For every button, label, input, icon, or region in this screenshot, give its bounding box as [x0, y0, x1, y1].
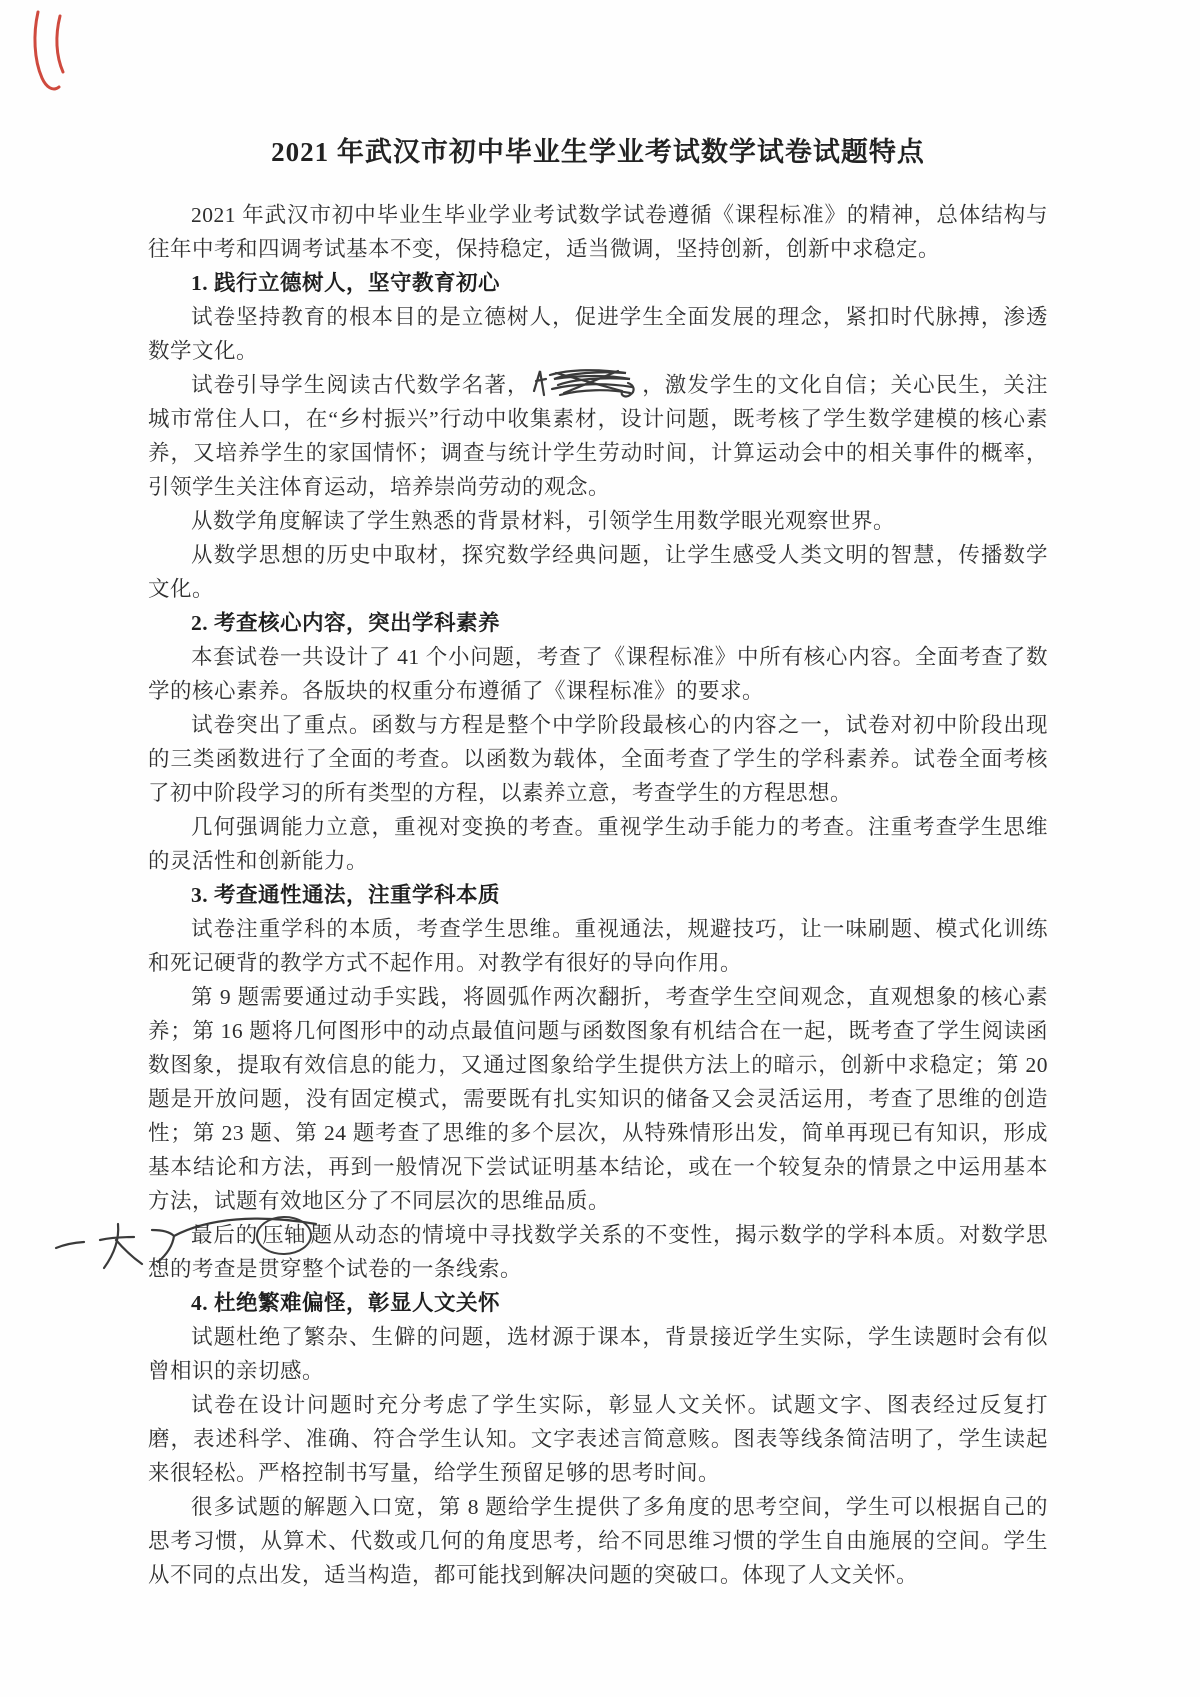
- document-body: 2021 年武汉市初中毕业生学业考试数学试卷试题特点 2021 年武汉市初中毕业…: [148, 132, 1048, 1592]
- section1-paragraph-2-before: 试卷引导学生阅读古代数学名著，: [191, 373, 530, 397]
- section3-paragraph-2: 第 9 题需要通过动手实践，将圆弧作两次翻折，考查学生空间观念，直观想象的核心素…: [148, 980, 1048, 1218]
- section2-paragraph-3: 几何强调能力立意，重视对变换的考查。重视学生动手能力的考查。注重考查学生思维的灵…: [148, 810, 1048, 878]
- section4-paragraph-1: 试题杜绝了繁杂、生僻的问题，选材源于课本，背景接近学生实际，学生读题时会有似曾相…: [148, 1320, 1048, 1388]
- page-title: 2021 年武汉市初中毕业生学业考试数学试卷试题特点: [148, 132, 1048, 172]
- section4-paragraph-3: 很多试题的解题入口宽，第 8 题给学生提供了多角度的思考空间，学生可以根据自己的…: [148, 1490, 1048, 1592]
- section4-heading: 4. 杜绝繁难偏怪，彰显人文关怀: [148, 1286, 1048, 1320]
- intro-paragraph: 2021 年武汉市初中毕业生毕业学业考试数学试卷遵循《课程标准》的精神，总体结构…: [148, 198, 1048, 266]
- section1-paragraph-4: 从数学思想的历史中取材，探究数学经典问题，让学生感受人类文明的智慧，传播数学文化…: [148, 538, 1048, 606]
- circled-word: 压轴: [256, 1215, 313, 1255]
- section3-paragraph-1: 试卷注重学科的本质，考查学生思维。重视通法，规避技巧，让一味刷题、模式化训练和死…: [148, 912, 1048, 980]
- section2-paragraph-2: 试卷突出了重点。函数与方程是整个中学阶段最核心的内容之一，试卷对初中阶段出现的三…: [148, 708, 1048, 810]
- section1-paragraph-1: 试卷坚持教育的根本目的是立德树人，促进学生全面发展的理念，紧扣时代脉搏，渗透数学…: [148, 300, 1048, 368]
- section1-paragraph-2: 试卷引导学生阅读古代数学名著， ，激发学生的文化自信；关心民生，关注城市常住人口…: [148, 368, 1048, 504]
- section3-paragraph-3-before: 最后的: [191, 1223, 258, 1247]
- section1-paragraph-3: 从数学角度解读了学生熟悉的背景材料，引领学生用数学眼光观察世界。: [148, 504, 1048, 538]
- section2-paragraph-1: 本套试卷一共设计了 41 个小问题，考查了《课程标准》中所有核心内容。全面考查了…: [148, 640, 1048, 708]
- section4-paragraph-2: 试卷在设计问题时充分考虑了学生实际，彰显人文关怀。试题文字、图表经过反复打磨，表…: [148, 1388, 1048, 1490]
- pen-scribble-crossout-icon: [530, 369, 642, 399]
- section3-heading: 3. 考查通性通法，注重学科本质: [148, 878, 1048, 912]
- red-pen-corner-marks-icon: [22, 4, 92, 114]
- scanned-document-page: 2021 年武汉市初中毕业生学业考试数学试卷试题特点 2021 年武汉市初中毕业…: [0, 0, 1200, 1697]
- section1-heading: 1. 践行立德树人，坚守教育初心: [148, 266, 1048, 300]
- section2-heading: 2. 考查核心内容，突出学科素养: [148, 606, 1048, 640]
- section3-paragraph-3: 最后的压轴题从动态的情境中寻找数学关系的不变性，揭示数学的学科本质。对数学思想的…: [148, 1218, 1048, 1286]
